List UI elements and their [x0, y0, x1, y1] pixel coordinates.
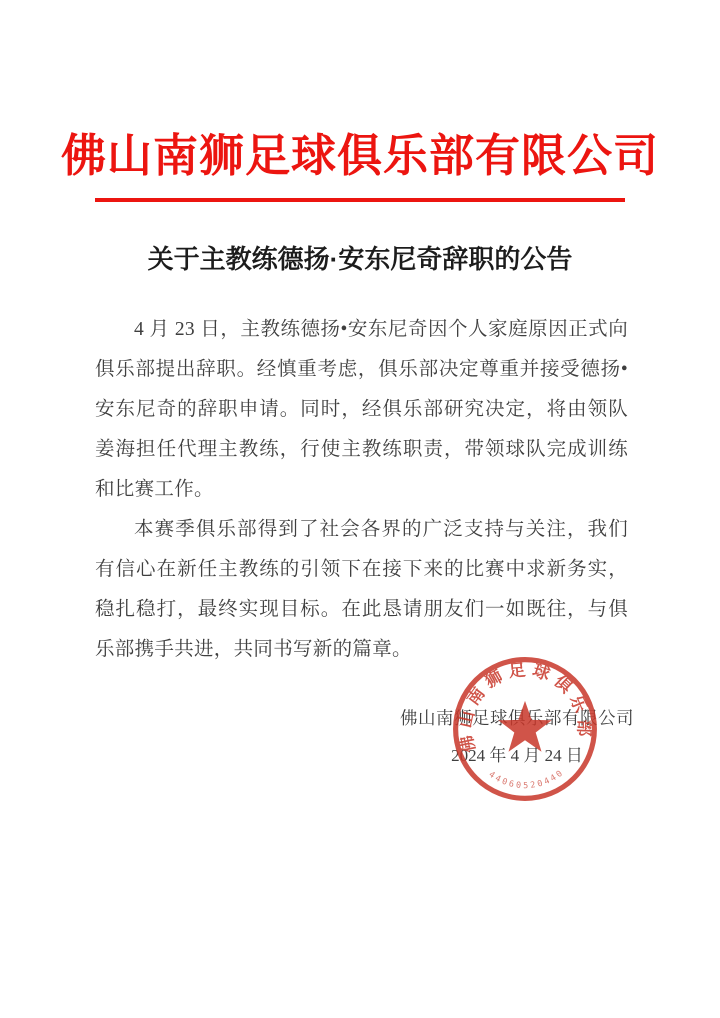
- signature-company-name: 佛山南狮足球俱乐部有限公司: [400, 708, 634, 728]
- letterhead-title: 佛山南狮足球俱乐部有限公司: [0, 0, 720, 188]
- signature-block: 佛山南狮足球俱乐部有限公司 2024 年 4 月 24 日: [400, 708, 634, 766]
- document-page: 佛山南狮足球俱乐部有限公司 关于主教练德扬·安东尼奇辞职的公告 4 月 23 日…: [0, 0, 720, 1018]
- body-paragraph: 本赛季俱乐部得到了社会各界的广泛支持与关注，我们有信心在新任主教练的引领下在接下…: [95, 510, 628, 670]
- letterhead-divider: [95, 198, 625, 202]
- announcement-title: 关于主教练德扬·安东尼奇辞职的公告: [0, 244, 720, 274]
- signature-date: 2024 年 4 月 24 日: [400, 746, 634, 766]
- body-paragraph: 4 月 23 日，主教练德扬•安东尼奇因个人家庭原因正式向俱乐部提出辞职。经慎重…: [95, 310, 628, 510]
- announcement-body: 4 月 23 日，主教练德扬•安东尼奇因个人家庭原因正式向俱乐部提出辞职。经慎重…: [95, 310, 628, 670]
